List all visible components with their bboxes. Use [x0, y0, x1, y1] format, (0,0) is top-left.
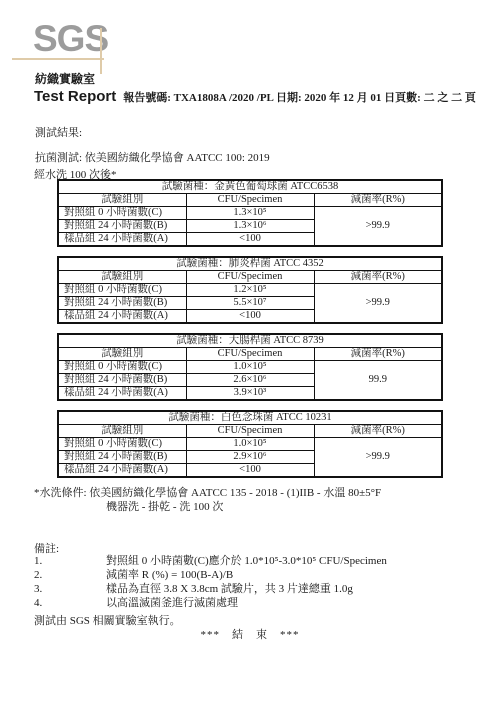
column-header: CFU/Specimen [186, 271, 314, 284]
test-group-label: 對照組 24 小時菌數(B) [58, 220, 186, 233]
test-result-tables: 試驗菌種：金黃色葡萄球菌 ATCC6538試驗組別CFU/Specimen減菌率… [57, 179, 443, 487]
test-group-label: 樣品組 24 小時菌數(A) [58, 464, 186, 478]
test-method-line: 抗菌測試: 依美國紡織化學協會 AATCC 100: 2019 [35, 149, 270, 165]
test-group-label: 樣品組 24 小時菌數(A) [58, 387, 186, 401]
remark-item: 4.以高溫滅菌釜進行滅菌處理 [34, 596, 464, 610]
test-group-label: 對照組 0 小時菌數(C) [58, 207, 186, 220]
sgs-logo: SGS [33, 18, 108, 60]
cfu-value: 1.0×10⁵ [186, 438, 314, 451]
remark-number: 3. [34, 582, 106, 596]
table-row: 對照組 0 小時菌數(C)1.2×10⁵>99.9 [58, 284, 442, 297]
table-caption-bacteria-strain: 試驗菌種：金黃色葡萄球菌 ATCC6538 [58, 180, 442, 194]
column-header: CFU/Specimen [186, 348, 314, 361]
column-header: 試驗組別 [58, 194, 186, 207]
test-group-label: 對照組 0 小時菌數(C) [58, 284, 186, 297]
table-caption-bacteria-strain: 試驗菌種：大腸桿菌 ATCC 8739 [58, 334, 442, 348]
test-group-label: 對照組 24 小時菌數(B) [58, 451, 186, 464]
report-page: SGS 紡織實驗室 Test Report報告號碼: TXA1808A /202… [0, 0, 500, 707]
column-header: 減菌率(R%) [314, 194, 442, 207]
test-group-label: 樣品組 24 小時菌數(A) [58, 233, 186, 247]
test-group-label: 對照組 24 小時菌數(B) [58, 297, 186, 310]
remark-number: 1. [34, 554, 106, 568]
reduction-rate-value: >99.9 [314, 284, 442, 324]
reduction-rate-value: >99.9 [314, 207, 442, 247]
column-header: 試驗組別 [58, 348, 186, 361]
table-caption-bacteria-strain: 試驗菌種：白色念珠菌 ATCC 10231 [58, 411, 442, 425]
cfu-value: <100 [186, 310, 314, 324]
test-table: 試驗菌種：大腸桿菌 ATCC 8739試驗組別CFU/Specimen減菌率(R… [57, 333, 443, 401]
wash-conditions-line2: 機器洗 - 掛乾 - 洗 100 次 [106, 498, 223, 514]
table-caption-bacteria-strain: 試驗菌種：肺炎桿菌 ATCC 4352 [58, 257, 442, 271]
test-group-label: 對照組 0 小時菌數(C) [58, 361, 186, 374]
title-row: Test Report報告號碼: TXA1808A /2020 /PL 日期: … [34, 88, 476, 106]
test-table: 試驗菌種：肺炎桿菌 ATCC 4352試驗組別CFU/Specimen減菌率(R… [57, 256, 443, 324]
column-header: 試驗組別 [58, 425, 186, 438]
end-mark: *** 結 束 *** [0, 626, 500, 642]
column-header: 減菌率(R%) [314, 348, 442, 361]
reduction-rate-value: >99.9 [314, 438, 442, 478]
cfu-value: <100 [186, 233, 314, 247]
table-row: 對照組 0 小時菌數(C)1.3×10⁵>99.9 [58, 207, 442, 220]
remarks-list: 1.對照組 0 小時菌數(C)應介於 1.0*10⁵-3.0*10⁵ CFU/S… [34, 554, 464, 610]
test-group-label: 對照組 24 小時菌數(B) [58, 374, 186, 387]
report-title: Test Report [34, 88, 116, 105]
cfu-value: <100 [186, 464, 314, 478]
column-header: CFU/Specimen [186, 425, 314, 438]
cfu-value: 5.5×10⁷ [186, 297, 314, 310]
cfu-value: 2.6×10⁶ [186, 374, 314, 387]
table-row: 對照組 0 小時菌數(C)1.0×10⁵>99.9 [58, 438, 442, 451]
cfu-value: 1.3×10⁶ [186, 220, 314, 233]
cfu-value: 1.2×10⁵ [186, 284, 314, 297]
table-row: 對照組 0 小時菌數(C)1.0×10⁵99.9 [58, 361, 442, 374]
test-table: 試驗菌種：白色念珠菌 ATCC 10231試驗組別CFU/Specimen減菌率… [57, 410, 443, 478]
column-header: CFU/Specimen [186, 194, 314, 207]
column-header: 減菌率(R%) [314, 425, 442, 438]
lab-name: 紡織實驗室 [35, 70, 95, 87]
remark-item: 3.樣品為直徑 3.8 X 3.8cm 試驗片，共 3 片達總重 1.0g [34, 582, 464, 596]
cfu-value: 2.9×10⁶ [186, 451, 314, 464]
remark-item: 1.對照組 0 小時菌數(C)應介於 1.0*10⁵-3.0*10⁵ CFU/S… [34, 554, 464, 568]
cfu-value: 3.9×10³ [186, 387, 314, 401]
test-group-label: 對照組 0 小時菌數(C) [58, 438, 186, 451]
logo-underline-rule [12, 58, 104, 60]
report-meta: 報告號碼: TXA1808A /2020 /PL 日期: 2020 年 12 月… [123, 92, 476, 104]
remark-text: 以高溫滅菌釜進行滅菌處理 [106, 597, 238, 609]
reduction-rate-value: 99.9 [314, 361, 442, 401]
test-table: 試驗菌種：金黃色葡萄球菌 ATCC6538試驗組別CFU/Specimen減菌率… [57, 179, 443, 247]
column-header: 試驗組別 [58, 271, 186, 284]
logo-crop-mark-line [100, 28, 102, 74]
remark-text: 樣品為直徑 3.8 X 3.8cm 試驗片，共 3 片達總重 1.0g [106, 583, 353, 595]
remark-item: 2.減菌率 R (%) = 100(B-A)/B [34, 568, 464, 582]
test-group-label: 樣品組 24 小時菌數(A) [58, 310, 186, 324]
result-heading: 測試結果: [35, 124, 82, 140]
remark-text: 對照組 0 小時菌數(C)應介於 1.0*10⁵-3.0*10⁵ CFU/Spe… [106, 555, 387, 567]
remark-number: 2. [34, 568, 106, 582]
cfu-value: 1.0×10⁵ [186, 361, 314, 374]
cfu-value: 1.3×10⁵ [186, 207, 314, 220]
column-header: 減菌率(R%) [314, 271, 442, 284]
remark-number: 4. [34, 596, 106, 610]
remark-text: 減菌率 R (%) = 100(B-A)/B [106, 569, 233, 581]
